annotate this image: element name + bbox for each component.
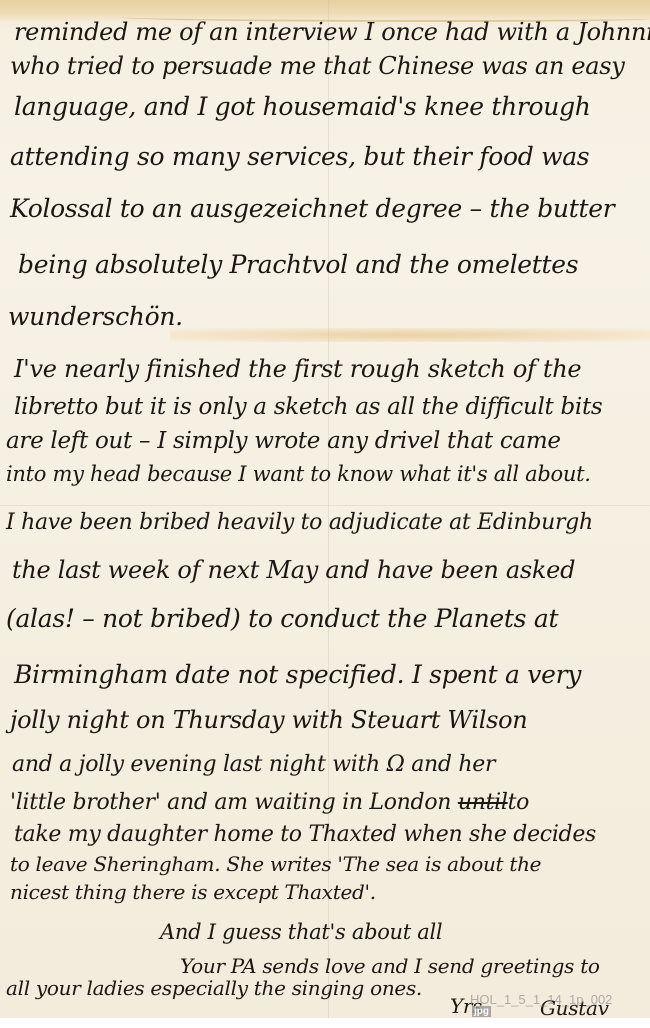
water-stain-middle <box>170 328 650 342</box>
struck-word: until <box>458 790 508 815</box>
letter-line: language, and I got housemaid's knee thr… <box>14 92 591 121</box>
letter-line: wunderschön. <box>8 302 183 331</box>
letter-line: being absolutely Prachtvol and the omele… <box>18 250 578 279</box>
letter-line: all your ladies especially the singing o… <box>6 976 422 1000</box>
paper-fold-horizontal <box>0 505 650 506</box>
letter-line: take my daughter home to Thaxted when sh… <box>14 822 596 847</box>
letter-line: I've nearly finished the first rough ske… <box>14 355 581 383</box>
archive-watermark-extension: jpg <box>472 1006 491 1017</box>
letter-line: (alas! – not bribed) to conduct the Plan… <box>6 604 558 633</box>
letter-line: libretto but it is only a sketch as all … <box>14 394 602 420</box>
letter-line: jolly night on Thursday with Steuart Wil… <box>10 706 527 734</box>
letter-line: Your PA sends love and I send greetings … <box>180 954 600 978</box>
letter-line: the last week of next May and have been … <box>12 556 575 584</box>
letter-line: into my head because I want to know what… <box>6 462 591 486</box>
letter-line: reminded me of an interview I once had w… <box>14 18 650 46</box>
letter-line: to leave Sheringham. She writes 'The sea… <box>10 852 541 876</box>
letter-line: who tried to persuade me that Chinese wa… <box>10 52 625 80</box>
letter-line: and a jolly evening last night with Ω an… <box>12 752 495 777</box>
letter-line: Birmingham date not specified. I spent a… <box>14 660 581 689</box>
letter-line: Kolossal to an ausgezeichnet degree – th… <box>10 194 614 223</box>
letter-line: are left out – I simply wrote any drivel… <box>6 428 561 454</box>
line-text: 'little brother' and am waiting in Londo… <box>10 790 451 815</box>
letter-line: I have been bribed heavily to adjudicate… <box>6 510 593 535</box>
scan-border <box>0 1018 650 1028</box>
letter-line: And I guess that's about all <box>160 920 442 944</box>
letter-page: reminded me of an interview I once had w… <box>0 0 650 1028</box>
letter-line: nicest thing there is except Thaxted'. <box>10 880 376 904</box>
letter-line: 'little brother' and am waiting in Londo… <box>10 790 529 815</box>
line-end: to <box>508 790 530 815</box>
letter-line: attending so many services, but their fo… <box>10 142 589 171</box>
archive-watermark: HOL_1_5_1_14_1p_002 <box>470 992 612 1007</box>
